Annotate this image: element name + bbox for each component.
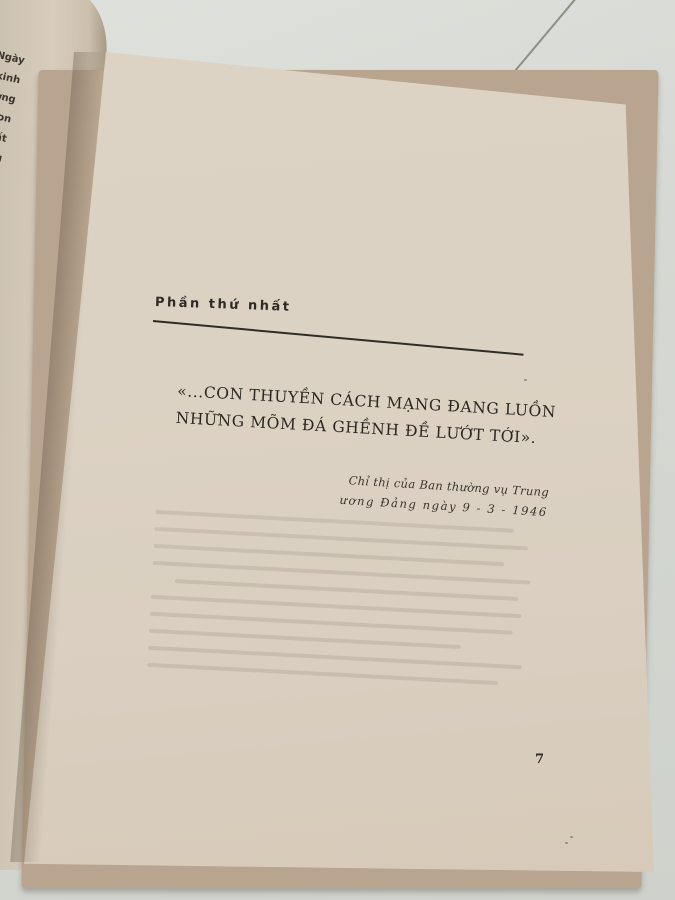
- page-number: 7: [535, 752, 544, 767]
- show-through-text: [145, 510, 545, 730]
- section-title: Phần thứ nhất: [155, 295, 292, 315]
- paper-speck: [570, 836, 573, 838]
- right-page-content: Phần thứ nhất «...CON THUYỀN CÁCH MẠNG Đ…: [0, 0, 675, 900]
- epigraph-quote: «...CON THUYỀN CÁCH MẠNG ĐANG LUỒN NHỮNG…: [175, 378, 547, 453]
- epigraph-attribution: Chỉ thị của Ban thường vụ Trung ương Đản…: [308, 468, 550, 522]
- paper-speck: [565, 842, 568, 844]
- section-rule: [153, 320, 524, 356]
- paper-speck: [524, 379, 527, 381]
